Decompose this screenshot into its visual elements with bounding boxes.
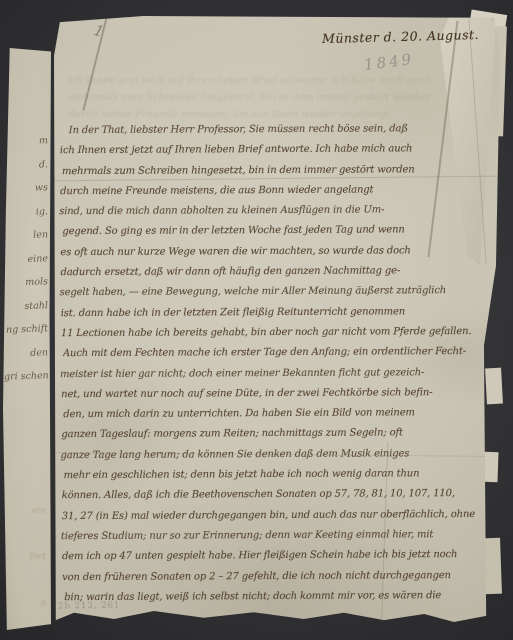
faint-fragment-line: g bbox=[6, 580, 46, 626]
fragment-line: len bbox=[4, 223, 49, 248]
ink-bleed-through: ich Ihnen erst jetzt auf Ihren lieben Br… bbox=[68, 72, 488, 123]
fragment-line: ng schift bbox=[4, 317, 49, 342]
bleed-through-line: mehrmals zum Schreiben hingesetzt, bin i… bbox=[68, 89, 488, 105]
manuscript-line: ganzen Tageslauf: morgens zum Reiten; na… bbox=[61, 423, 495, 446]
fragment-line: mols bbox=[4, 270, 49, 295]
fragment-line: ws bbox=[4, 176, 49, 201]
manuscript-line: Auch mit dem Fechten mache ich erster Ta… bbox=[63, 342, 495, 365]
fragment-line: m bbox=[4, 129, 49, 154]
manuscript-line: segelt haben, — eine Bewegung, welche mi… bbox=[60, 281, 495, 304]
manuscript-photo: md.wsig.leneinemolsstahlng schiftdengri … bbox=[0, 0, 513, 640]
fragment-line: stahl bbox=[4, 294, 49, 319]
fragment-line: d. bbox=[4, 153, 49, 178]
manuscript-line: durch meine Freunde meistens, die aus Bo… bbox=[60, 180, 494, 203]
manuscript-line: den, um mich darin zu unterrichten. Da h… bbox=[63, 403, 495, 426]
fragment-line: gri schen bbox=[4, 364, 49, 389]
manuscript-line: mehr ein geschlichen ist; denn bis jetzt… bbox=[64, 464, 496, 487]
adjacent-page-fragments: md.wsig.leneinemolsstahlng schiftdengri … bbox=[4, 130, 48, 389]
adjacent-page-faint-fragments: einfortg bbox=[6, 488, 46, 626]
fragment-line: eine bbox=[4, 247, 49, 272]
fragment-line: den bbox=[4, 341, 49, 366]
manuscript-line: tieferes Studium; nur so zur Erinnerung;… bbox=[61, 525, 496, 548]
manuscript-line: es oft auch nur kurze Wege waren die wir… bbox=[60, 241, 494, 264]
manuscript-line: können. Alles, daß ich die Beethovensche… bbox=[62, 484, 496, 507]
manuscript-line: mehrmals zum Schreiben hingesetzt, bin i… bbox=[62, 159, 494, 182]
manuscript-line: sind, und die mich dann abholten zu klei… bbox=[59, 200, 494, 223]
manuscript-line: meister ist hier gar nicht; doch einer m… bbox=[60, 362, 495, 385]
bleed-through-line: ich Ihnen erst jetzt auf Ihren lieben Br… bbox=[68, 72, 488, 88]
manuscript-line: dadurch ersetzt, daß wir dann oft häufig… bbox=[60, 261, 494, 284]
faint-fragment-line: ein bbox=[6, 488, 46, 534]
manuscript-line: 31, 27 (in Es) mal wieder durchgegangen … bbox=[62, 505, 496, 528]
manuscript-line: dem ich op 47 unten gespielt habe. Hier … bbox=[62, 545, 496, 568]
fragment-line: ig. bbox=[4, 200, 49, 225]
adjacent-page-edge: md.wsig.leneinemolsstahlng schiftdengri … bbox=[3, 48, 51, 630]
year-annotation: 1849 bbox=[363, 50, 415, 74]
letter-page: 1 Münster d. 20. August. 1849 ich Ihnen … bbox=[54, 16, 500, 630]
manuscript-line: 11 Lectionen habe ich bereits gehabt, bi… bbox=[61, 322, 495, 345]
manuscript-line: ist. dann habe ich in der letzten Zeit f… bbox=[61, 302, 495, 325]
archival-note: 2b 213, 261 bbox=[58, 600, 121, 611]
manuscript-line: gegend. So ging es mir in der letzten Wo… bbox=[62, 220, 494, 243]
under-page-tab bbox=[483, 452, 498, 482]
manuscript-line: ganze Tage lang herum; da können Sie den… bbox=[60, 444, 495, 467]
letter-lines: In der That, liebster Herr Professor, Si… bbox=[60, 119, 497, 608]
manuscript-line: ich Ihnen erst jetzt auf Ihren lieben Br… bbox=[60, 139, 494, 162]
manuscript-line: In der That, liebster Herr Professor, Si… bbox=[59, 119, 494, 142]
faint-fragment-line: fort bbox=[6, 534, 46, 580]
manuscript-line: bin; warin das liegt, weiß ich selbst ni… bbox=[64, 586, 496, 609]
manuscript-line: von den früheren Sonaten op 2 – 27 gefeh… bbox=[62, 565, 496, 588]
under-page-tab bbox=[485, 368, 503, 405]
manuscript-line: net, und wartet nur noch auf seine Düte,… bbox=[61, 383, 495, 406]
